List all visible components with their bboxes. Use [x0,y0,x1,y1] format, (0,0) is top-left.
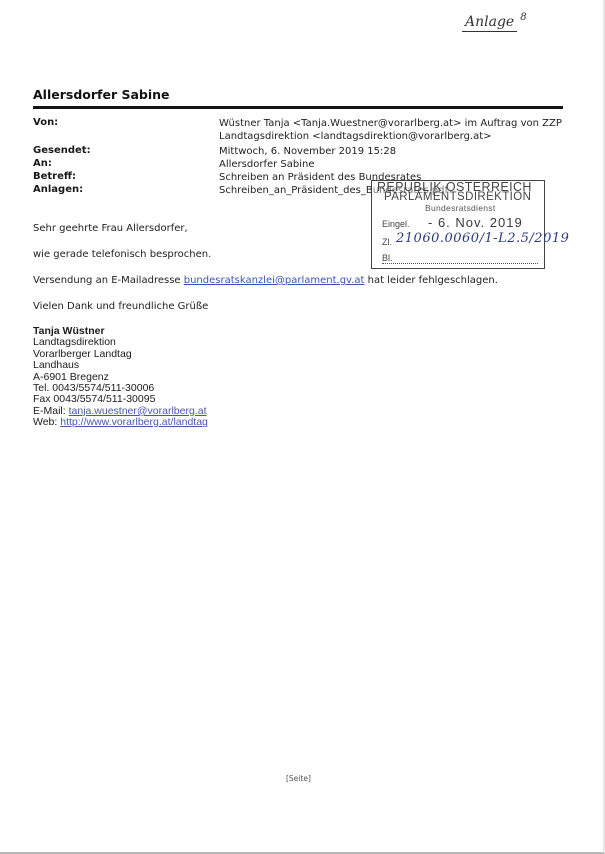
closing: Vielen Dank und freundliche Grüße [33,301,208,312]
bundesrat-email-link[interactable]: bundesratskanzlei@parlament.gv.at [184,275,365,286]
body-line-2-suffix: hat leider fehlgeschlagen. [364,275,498,286]
email-label: E-Mail: [33,405,69,417]
signature-email-link[interactable]: tanja.wuestner@vorarlberg.at [69,405,207,417]
from-line-2: Landtagsdirektion <landtagsdirektion@vor… [219,130,562,143]
stamp-zl-value: 21060.0060/1-L2.5/2019 [396,231,569,246]
body-line-2-prefix: Versendung an E-Mailadresse [33,275,184,286]
stamp-line-2: PARLAMENTSDIREKTION [384,191,531,203]
stamp-zl-label: Zl. [382,237,392,247]
stamp-line-3: Bundesratsdienst [425,203,495,213]
header-label-attachments: Anlagen: [33,184,83,195]
header-label-subject: Betreff: [33,171,76,182]
header-value-sent: Mittwoch, 6. November 2019 15:28 [219,145,396,158]
stamp-bl-label: Bl. [382,253,538,264]
web-label: Web: [33,416,60,428]
body-line-1: wie gerade telefonisch besprochen. [33,249,211,260]
header-label-from: Von: [33,117,58,128]
header-value-to: Allersdorfer Sabine [219,158,315,171]
signature-web-link[interactable]: http://www.vorarlberg.at/landtag [60,416,208,428]
receipt-stamp: REPUBLIK ÖSTERREICH PARLAMENTSDIREKTION … [371,180,545,269]
header-value-from: Wüstner Tanja <Tanja.Wuestner@vorarlberg… [219,117,562,143]
annotation-text: Anlage [462,14,517,32]
page-footer: [Seite] [286,774,311,783]
signature-web-row: Web: http://www.vorarlberg.at/landtag [33,417,208,428]
signature-block: Tanja Wüstner Landtagsdirektion Vorarlbe… [33,326,208,429]
sender-title: Allersdorfer Sabine [33,87,170,102]
header-label-to: An: [33,158,52,169]
header-label-sent: Gesendet: [33,145,91,156]
handwritten-annotation: Anlage8 [462,12,527,30]
stamp-eingel-value: - 6. Nov. 2019 [428,215,523,230]
stamp-eingel-label: Eingel. [382,219,410,229]
header-rule [33,106,563,109]
body-line-2: Versendung an E-Mailadresse bundesratska… [33,275,498,286]
annotation-number: 8 [520,12,526,23]
document-page: Anlage8 Allersdorfer Sabine Von: Wüstner… [0,0,605,854]
from-line-1: Wüstner Tanja <Tanja.Wuestner@vorarlberg… [219,117,562,130]
signature-line: Landhaus [33,360,208,371]
greeting: Sehr geehrte Frau Allersdorfer, [33,223,188,234]
